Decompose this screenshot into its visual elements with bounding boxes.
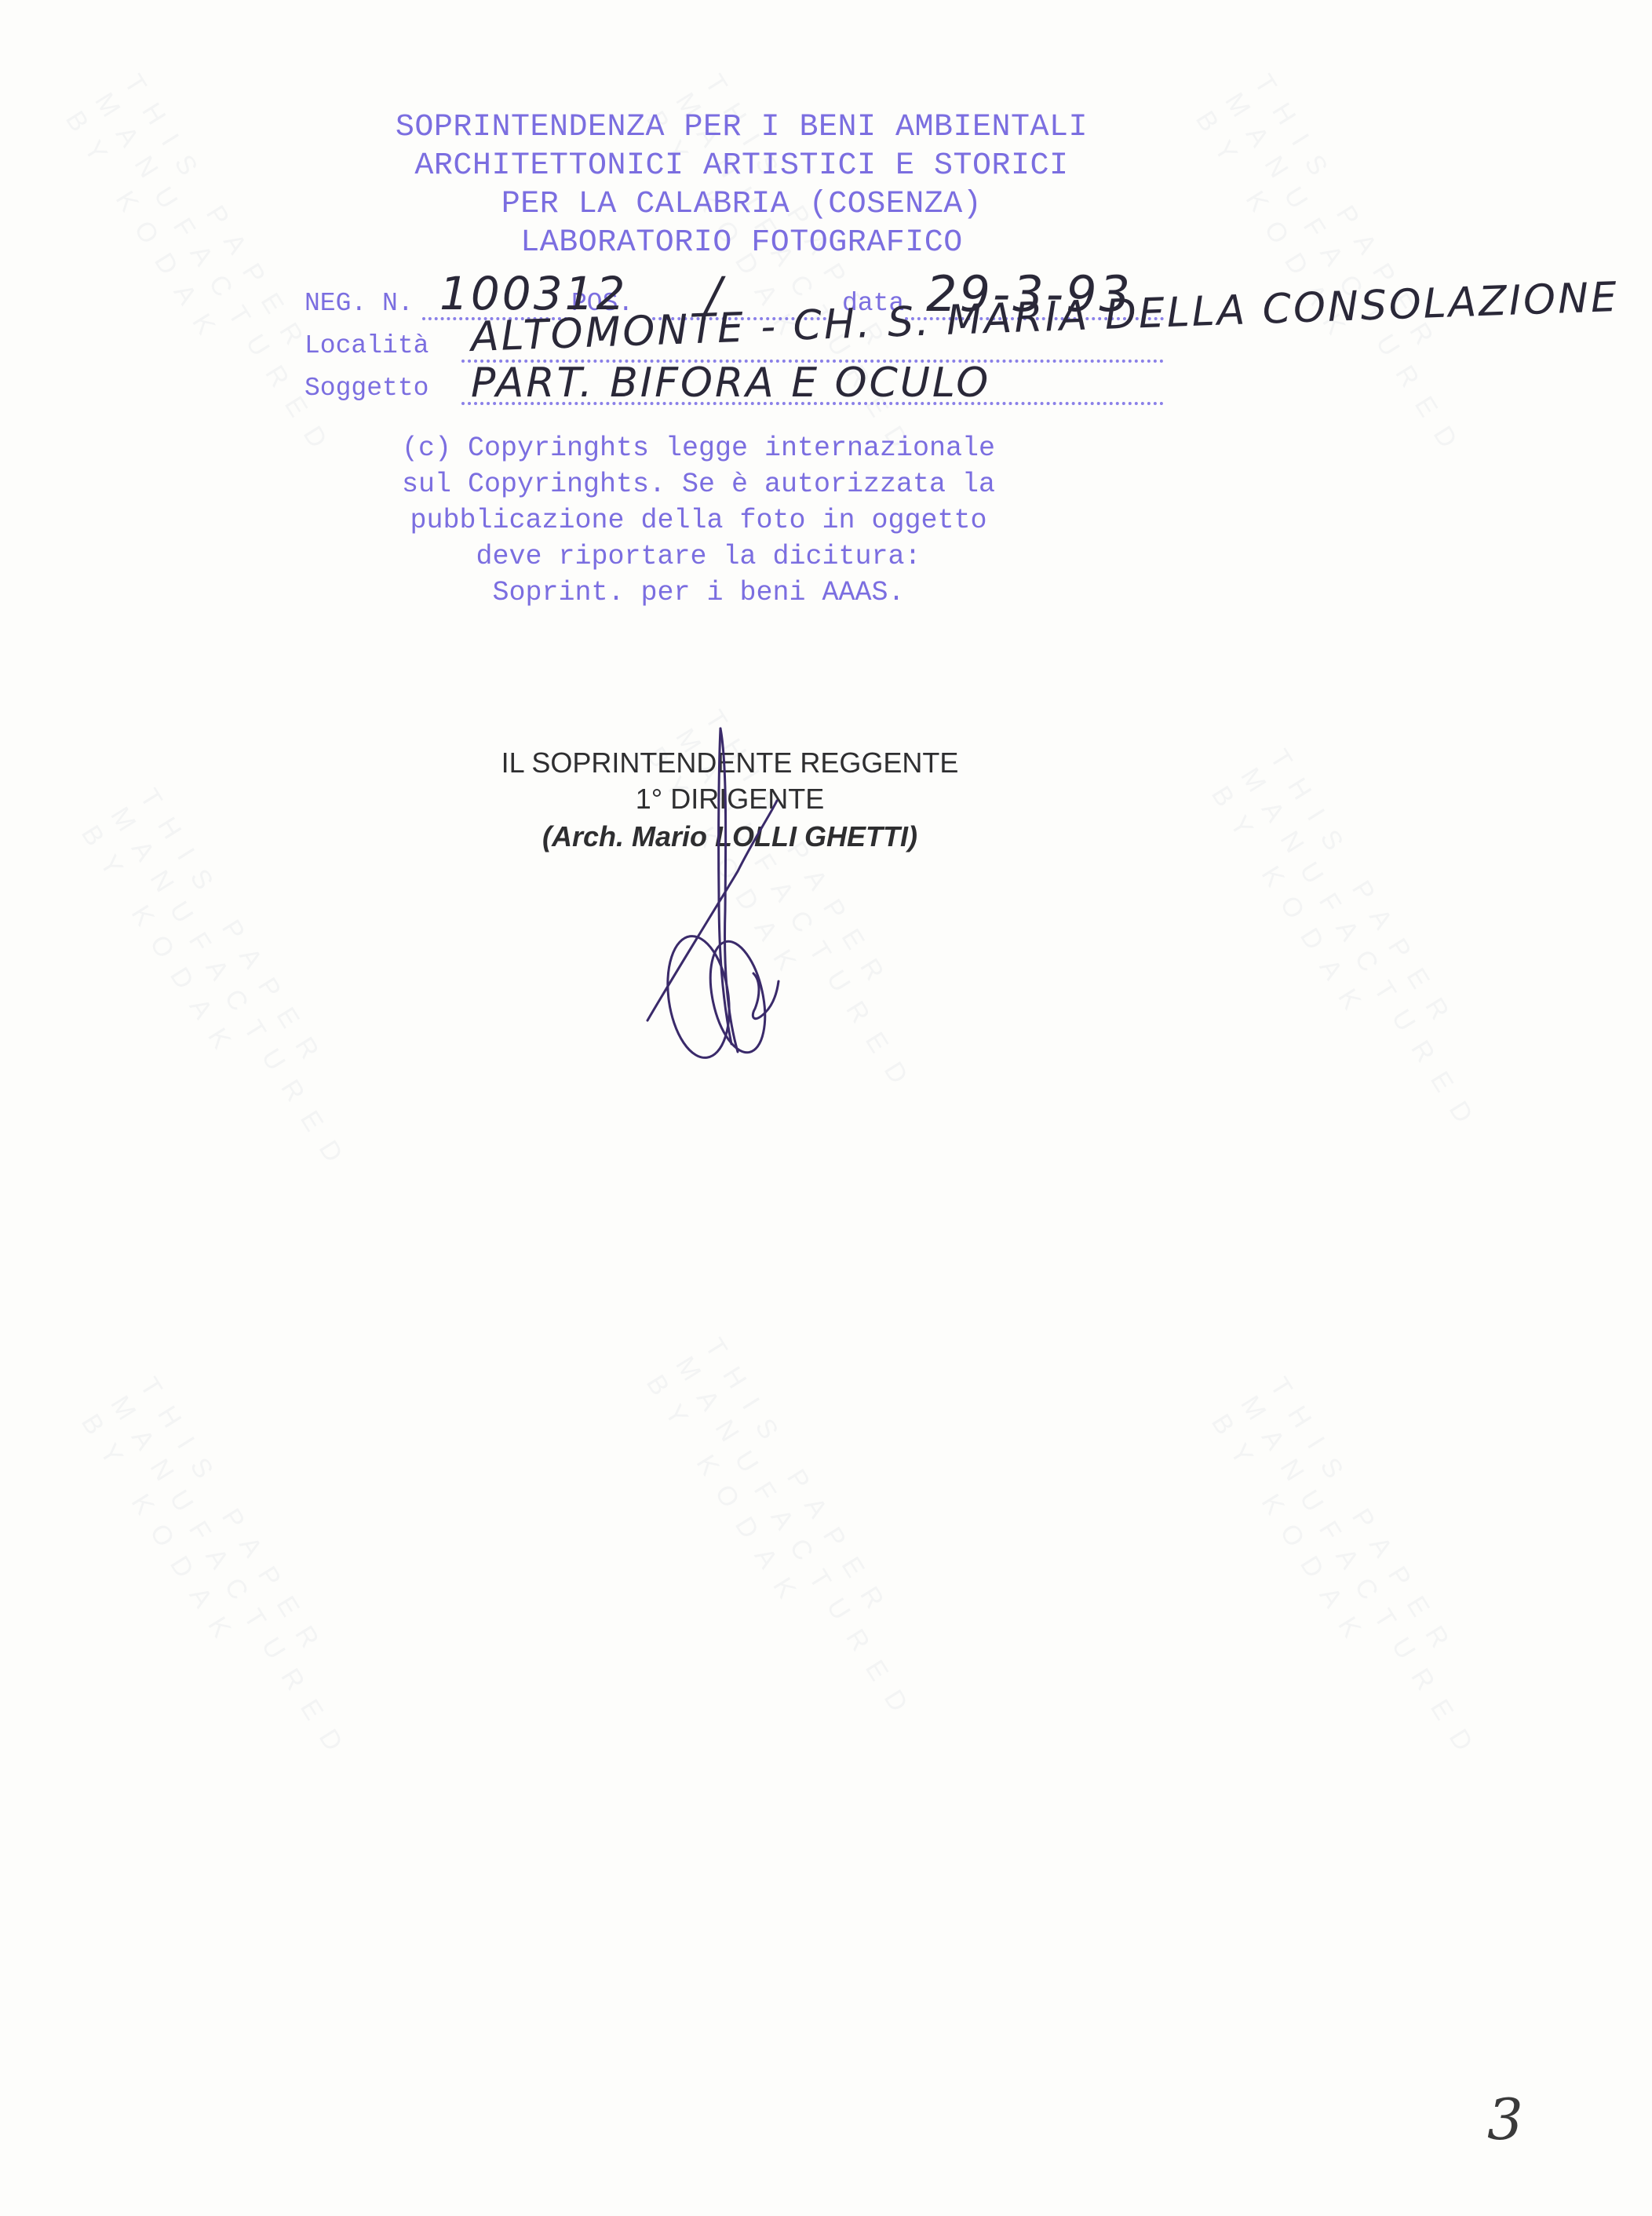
location-label: Località	[305, 331, 428, 360]
stamp-line: PER LA CALABRIA (COSENZA)	[298, 185, 1185, 224]
institution-stamp-header: SOPRINTENDENZA PER I BENI AMBIENTALI ARC…	[298, 108, 1185, 262]
copyright-line: sul Copyringhts. Se è autorizzata la	[330, 466, 1067, 502]
copyright-notice: (c) Copyringhts legge internazionale sul…	[330, 430, 1067, 611]
copyright-line: Soprint. per i beni AAAS.	[330, 575, 1067, 611]
subject-value: PART. BIFORA E OCULO	[471, 360, 990, 407]
superintendent-stamp: IL SOPRINTENDENTE REGGENTE 1° DIRIGENTE …	[455, 746, 1005, 854]
superintendent-title: IL SOPRINTENDENTE REGGENTE	[455, 746, 1005, 780]
paper-watermark: THIS PAPERMANUFACTUREDBY KODAK	[15, 1334, 447, 1827]
copyright-line: (c) Copyringhts legge internazionale	[330, 430, 1067, 466]
superintendent-rank: 1° DIRIGENTE	[455, 782, 1005, 816]
copyright-line: deve riportare la dicitura:	[330, 538, 1067, 575]
stamp-line: ARCHITETTONICI ARTISTICI E STORICI	[298, 147, 1185, 185]
copyright-line: pubblicazione della foto in oggetto	[330, 502, 1067, 538]
paper-watermark: THIS PAPERMANUFACTUREDBY KODAK	[1145, 1334, 1577, 1827]
paper-watermark: THIS PAPERMANUFACTUREDBY KODAK	[15, 746, 447, 1238]
paper-watermark: THIS PAPERMANUFACTUREDBY KODAK	[580, 1295, 1012, 1787]
page-number: 3	[1487, 2086, 1523, 2152]
document-page: THIS PAPERMANUFACTUREDBY KODAK THIS PAPE…	[0, 0, 1652, 2216]
superintendent-name: (Arch. Mario LOLLI GHETTI)	[455, 820, 1005, 854]
subject-label: Soggetto	[305, 374, 428, 403]
paper-watermark: THIS PAPERMANUFACTUREDBY KODAK	[1145, 706, 1577, 1199]
neg-label: NEG. N.	[305, 289, 414, 318]
paper-watermark: THIS PAPERMANUFACTUREDBY KODAK	[580, 667, 1012, 1159]
stamp-line: SOPRINTENDENZA PER I BENI AMBIENTALI	[298, 108, 1185, 147]
stamp-line: LABORATORIO FOTOGRAFICO	[298, 224, 1185, 262]
